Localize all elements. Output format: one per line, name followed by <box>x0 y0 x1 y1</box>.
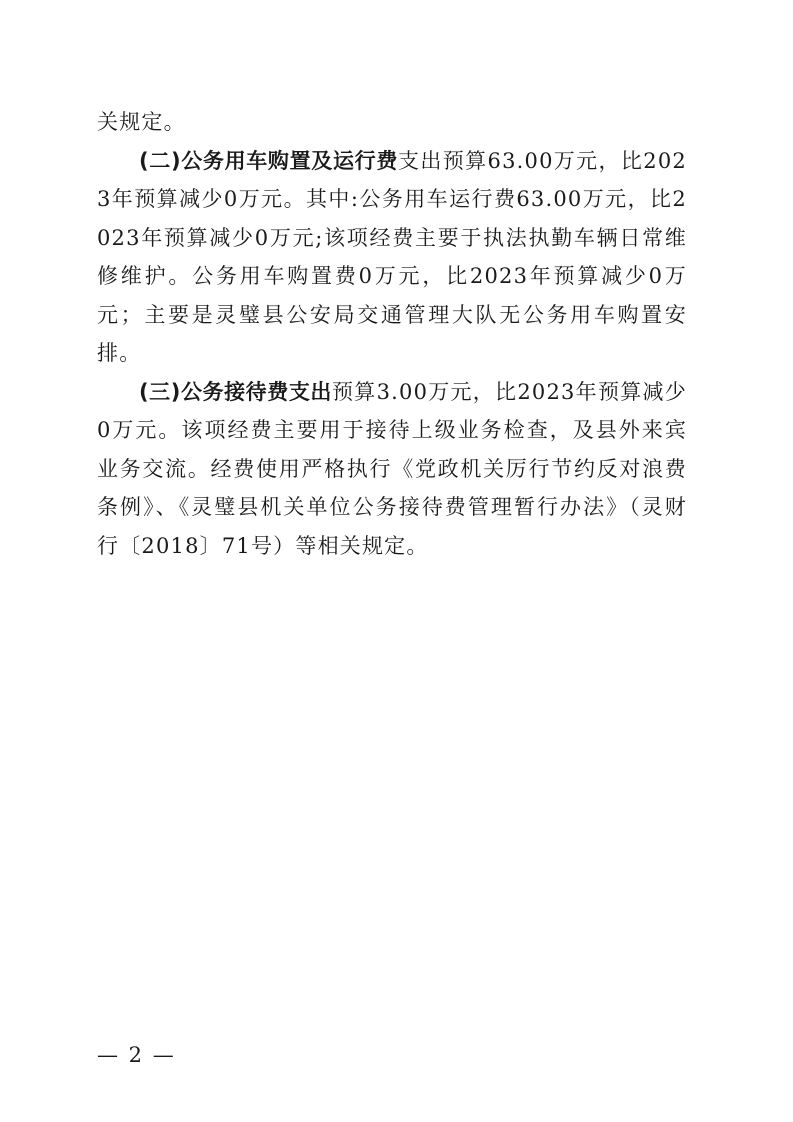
document-page: 关规定。 (二)公务用车购置及运行费支出预算63.00万元，比2023年预算减少… <box>97 103 687 565</box>
section-heading-reception: (三)公务接待费支出 <box>139 380 332 404</box>
paragraph-vehicle-expenses: (二)公务用车购置及运行费支出预算63.00万元，比2023年预算减少0万元。其… <box>97 142 687 373</box>
paragraph-text: 关规定。 <box>97 110 186 134</box>
paragraph-text: 预算3.00万元，比2023年预算减少0万元。该项经费主要用于接待上级业务检查，… <box>97 380 687 558</box>
paragraph-text: 支出预算63.00万元，比2023年预算减少0万元。其中:公务用车运行费63.0… <box>97 149 687 366</box>
section-heading-vehicle: (二)公务用车购置及运行费 <box>139 149 398 173</box>
paragraph-continuation: 关规定。 <box>97 103 687 142</box>
page-number: — 2 — <box>97 1043 176 1067</box>
paragraph-reception-expenses: (三)公务接待费支出预算3.00万元，比2023年预算减少0万元。该项经费主要用… <box>97 373 687 566</box>
